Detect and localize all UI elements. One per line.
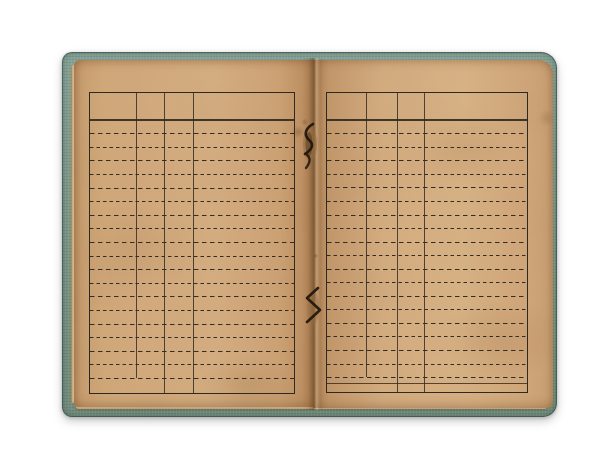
- ledger-row: [90, 121, 294, 135]
- ledger-row: [90, 243, 294, 257]
- notebook: [62, 52, 557, 417]
- ledger-row: [327, 202, 527, 216]
- ledger-row: [90, 162, 294, 176]
- ledger-row: [90, 284, 294, 298]
- ledger-row: [327, 189, 527, 203]
- ledger-row: [327, 216, 527, 230]
- ledger-row: [327, 229, 527, 243]
- double-bottom-rule: [327, 383, 527, 384]
- right-page: [313, 60, 553, 408]
- ledger-row: [90, 366, 294, 380]
- ledger-row: [90, 148, 294, 162]
- ledger-row: [90, 325, 294, 339]
- ledger-row: [327, 284, 527, 298]
- photo-canvas: [0, 0, 612, 465]
- ledger-row: [327, 162, 527, 176]
- ledger-row: [90, 135, 294, 149]
- ledger-row: [90, 339, 294, 353]
- ledger-row: [90, 271, 294, 285]
- ledger-row: [90, 298, 294, 312]
- ledger-row: [90, 311, 294, 325]
- ledger-row: [327, 311, 527, 325]
- ledger-row: [327, 148, 527, 162]
- ledger-row: [327, 256, 527, 270]
- left-page-grid: [89, 92, 295, 394]
- ledger-row: [327, 121, 527, 135]
- ledger-row: [327, 297, 527, 311]
- ledger-row: [327, 243, 527, 257]
- right-page-grid: [326, 92, 528, 393]
- ledger-row: [90, 216, 294, 230]
- ledger-row: [327, 351, 527, 365]
- header-rule: [90, 119, 294, 121]
- ledger-row: [90, 230, 294, 244]
- grid-body: [327, 121, 527, 392]
- ledger-row: [90, 352, 294, 366]
- ledger-row: [90, 379, 294, 393]
- ledger-row: [327, 324, 527, 338]
- ledger-row: [90, 175, 294, 189]
- ledger-row: [90, 257, 294, 271]
- ledger-row: [90, 203, 294, 217]
- header-rule: [327, 119, 527, 121]
- ledger-row: [327, 378, 527, 392]
- left-page: [74, 60, 313, 407]
- ledger-row: [327, 135, 527, 149]
- ledger-row: [327, 338, 527, 352]
- ledger-row: [327, 365, 527, 379]
- ledger-row: [327, 175, 527, 189]
- ledger-row: [90, 189, 294, 203]
- ledger-row: [327, 270, 527, 284]
- grid-body: [90, 121, 294, 393]
